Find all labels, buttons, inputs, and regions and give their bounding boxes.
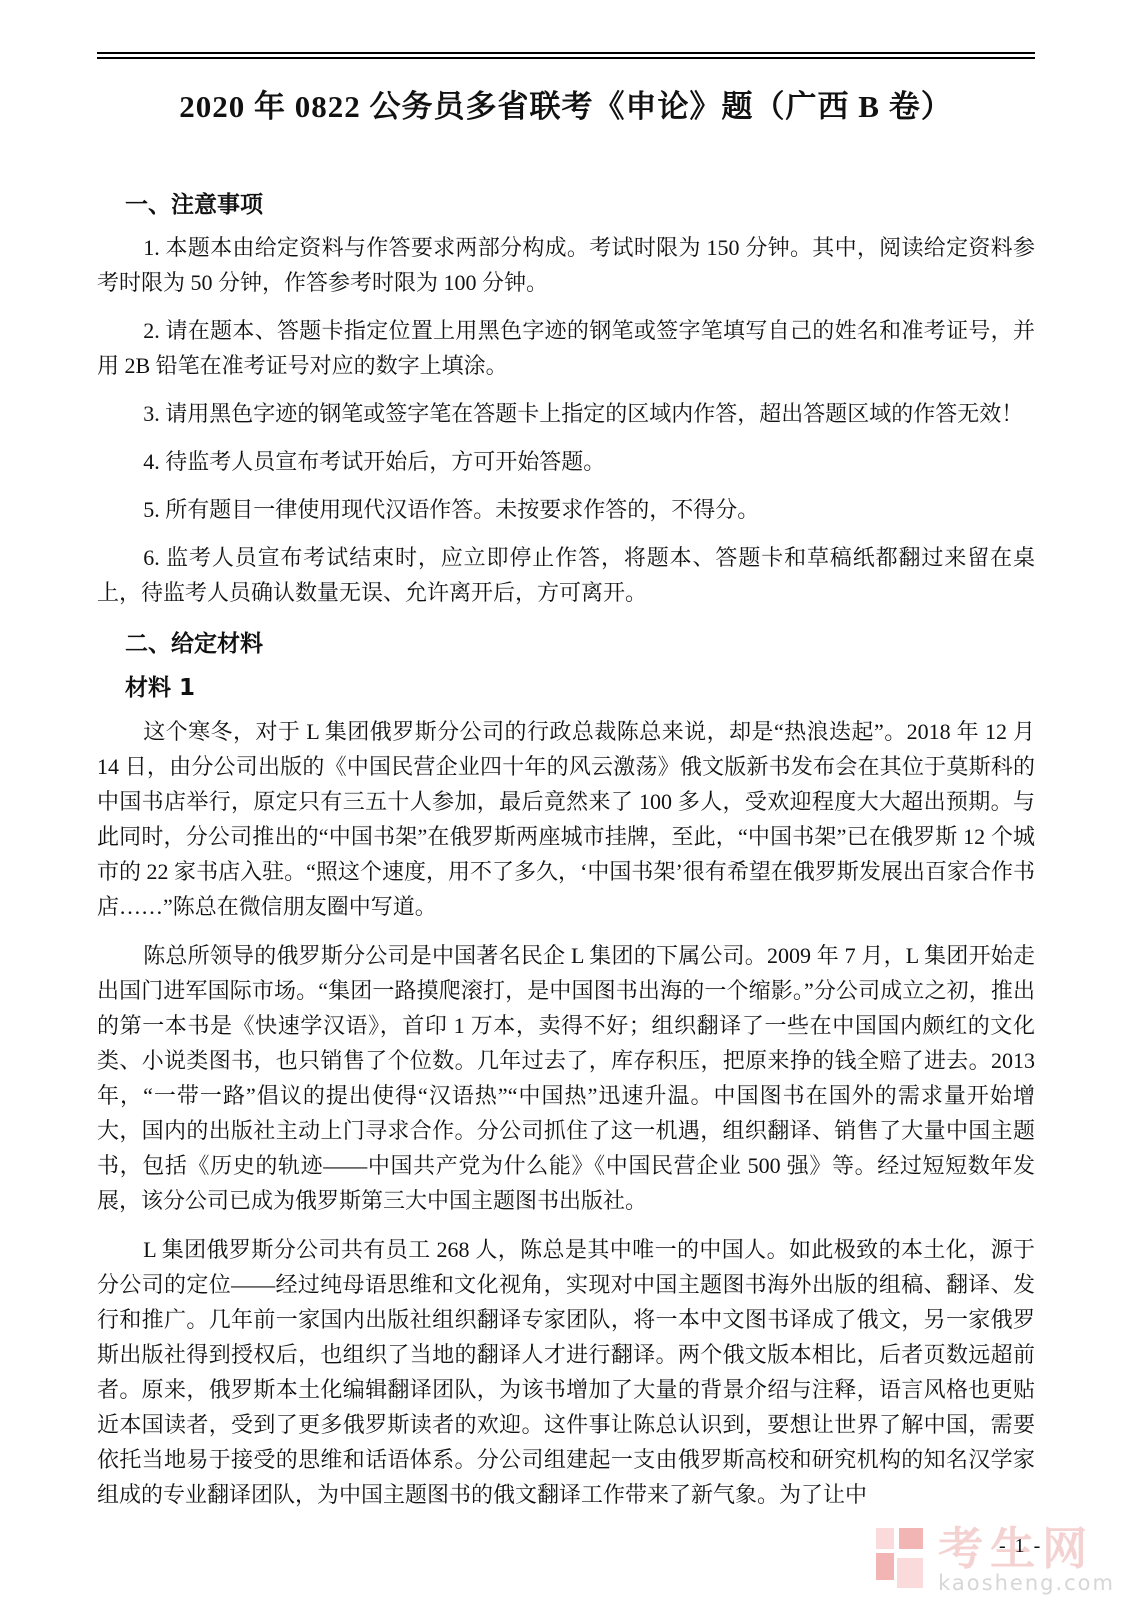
notice-item-5: 5. 所有题目一律使用现代汉语作答。未按要求作答的，不得分。 — [97, 492, 1035, 527]
material-1-paragraph-3: L 集团俄罗斯分公司共有员工 268 人，陈总是其中唯一的中国人。如此极致的本土… — [97, 1232, 1035, 1512]
notice-item-1: 1. 本题本由给定资料与作答要求两部分构成。考试时限为 150 分钟。其中，阅读… — [97, 230, 1035, 300]
header-double-rule — [97, 52, 1035, 59]
notice-item-6: 6. 监考人员宣布考试结束时，应立即停止作答，将题本、答题卡和草稿纸都翻过来留在… — [97, 540, 1035, 610]
kaosheng-logo-icon — [876, 1528, 928, 1590]
watermark-site-domain: kaosheng.com — [938, 1572, 1115, 1594]
site-watermark: 考生网 kaosheng.com — [876, 1526, 1115, 1594]
notice-section-heading: 一、注意事项 — [125, 193, 1035, 217]
material-1-heading: 材料 1 — [125, 676, 1035, 700]
notice-item-4: 4. 待监考人员宣布考试开始后，方可开始答题。 — [97, 444, 1035, 479]
notice-items: 1. 本题本由给定资料与作答要求两部分构成。考试时限为 150 分钟。其中，阅读… — [97, 230, 1035, 610]
material-1-body: 这个寒冬，对于 L 集团俄罗斯分公司的行政总裁陈总来说，却是“热浪迭起”。201… — [97, 714, 1035, 1512]
exam-document-page: 2020 年 0822 公务员多省联考《申论》题（广西 B 卷） 一、注意事项 … — [0, 0, 1131, 1600]
page-number: - 1 - — [999, 1535, 1042, 1557]
notice-item-3: 3. 请用黑色字迹的钢笔或签字笔在答题卡上指定的区域内作答，超出答题区域的作答无… — [97, 396, 1035, 431]
page-title: 2020 年 0822 公务员多省联考《申论》题（广西 B 卷） — [97, 85, 1035, 129]
materials-section-heading: 二、给定材料 — [125, 632, 1035, 656]
notice-item-2: 2. 请在题本、答题卡指定位置上用黑色字迹的钢笔或签字笔填写自己的姓名和准考证号… — [97, 313, 1035, 383]
material-1-paragraph-1: 这个寒冬，对于 L 集团俄罗斯分公司的行政总裁陈总来说，却是“热浪迭起”。201… — [97, 714, 1035, 924]
material-1-paragraph-2: 陈总所领导的俄罗斯分公司是中国著名民企 L 集团的下属公司。2009 年 7 月… — [97, 938, 1035, 1218]
